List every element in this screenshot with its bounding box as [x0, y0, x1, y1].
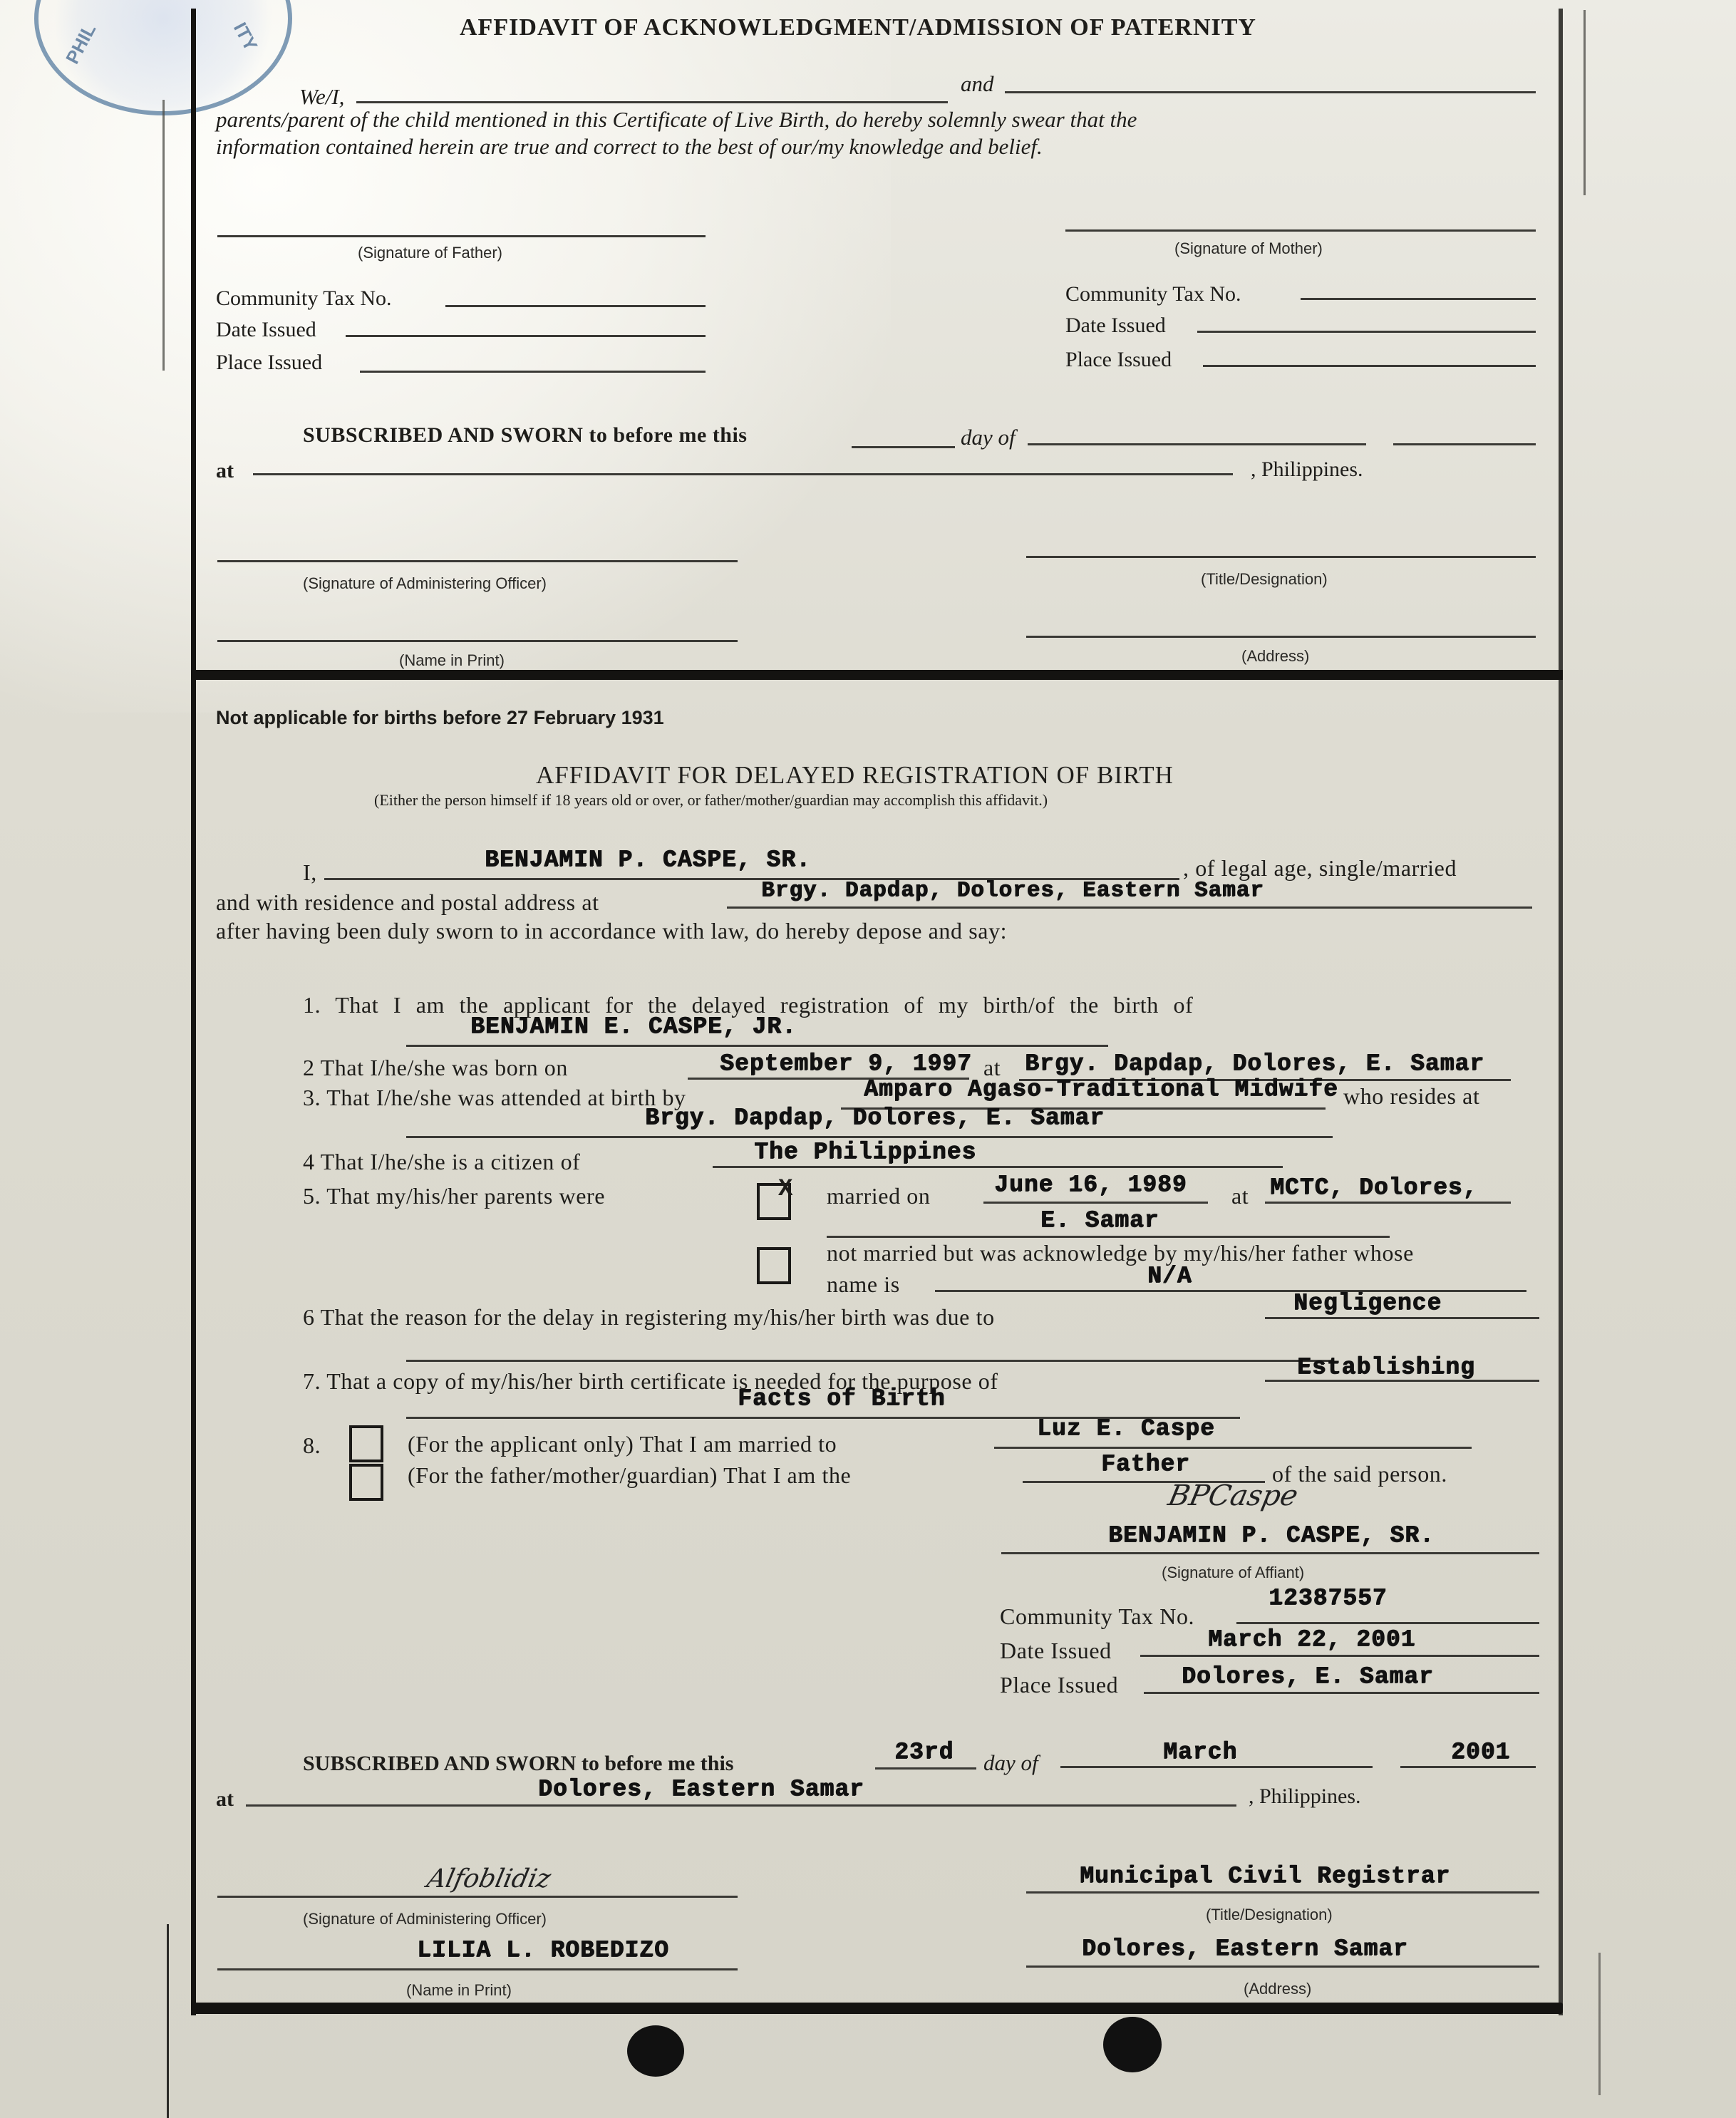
margin-line — [162, 100, 165, 371]
form-bottom-border — [191, 2003, 1563, 2014]
name-in-print-line[interactable] — [217, 640, 738, 642]
item-2-place[interactable]: Brgy. Dapdap, Dolores, E. Samar — [1025, 1050, 1484, 1077]
father-ctc-field[interactable] — [445, 305, 706, 307]
sworn-place-value[interactable]: Dolores, Eastern Samar — [538, 1776, 864, 1802]
item-3-text: 3. That I/he/she was attended at birth b… — [303, 1085, 686, 1111]
item-2-date[interactable]: September 9, 1997 — [720, 1050, 972, 1077]
section-divider — [191, 670, 1563, 680]
guardian-text: (For the father/mother/guardian) That I … — [408, 1462, 851, 1489]
officer-name-label: (Name in Print) — [406, 1981, 512, 2000]
depose-text: after having been duly sworn to in accor… — [216, 918, 1007, 944]
fold-line — [1583, 10, 1586, 195]
affiant-signature-line[interactable] — [1001, 1552, 1539, 1554]
item-3-address[interactable]: Brgy. Dapdap, Dolores, E. Samar — [645, 1105, 1105, 1131]
applicant-married-text: (For the applicant only) That I am marri… — [408, 1431, 837, 1457]
item-4-line — [713, 1166, 1283, 1168]
married-place-line-2 — [827, 1236, 1390, 1238]
and-label: and — [961, 71, 994, 97]
father-signature-line[interactable] — [217, 235, 706, 237]
affiant-date-value[interactable]: March 22, 2001 — [1208, 1626, 1415, 1653]
not-married-label: not married but was acknowledge by my/hi… — [827, 1240, 1414, 1266]
oath-line-2: information contained herein are true an… — [216, 134, 1043, 160]
father-signature-label: (Signature of Father) — [358, 244, 502, 262]
item-3-value[interactable]: Amparo Agaso-Traditional Midwife — [864, 1076, 1338, 1102]
affiant-place-line — [1144, 1692, 1539, 1694]
day-of-label: day of — [961, 425, 1016, 450]
mother-ctc-label: Community Tax No. — [1065, 282, 1241, 306]
sworn-day-line — [875, 1767, 976, 1770]
sworn-philippines-label: , Philippines. — [1249, 1784, 1361, 1809]
title-designation-label: (Title/Designation) — [1201, 570, 1328, 589]
officer-address-label: (Address) — [1244, 1980, 1311, 1998]
page-edge-line — [167, 1924, 169, 2118]
applicability-note: Not applicable for births before 27 Febr… — [216, 707, 664, 729]
sworn-year-field[interactable] — [1393, 443, 1536, 445]
stamp-text-left: PHIL — [61, 20, 100, 68]
officer-title-line — [1026, 1891, 1539, 1894]
affiant-signature: BPCaspe — [1165, 1479, 1301, 1512]
at-label: at — [216, 459, 234, 483]
paternity-title: AFFIDAVIT OF ACKNOWLEDGMENT/ADMISSION OF… — [460, 14, 1256, 41]
affiant-name-value[interactable]: BENJAMIN P. CASPE, SR. — [485, 847, 811, 873]
item-3-address-line — [406, 1136, 1333, 1138]
sworn-month-line — [1060, 1766, 1373, 1768]
mother-ctc-field[interactable] — [1301, 298, 1536, 300]
officer-signature-line-2[interactable] — [217, 1896, 738, 1898]
relation-value[interactable]: Father — [1101, 1451, 1190, 1477]
officer-address-value[interactable]: Dolores, Eastern Samar — [1082, 1936, 1408, 1962]
item-4-value[interactable]: The Philippines — [754, 1139, 976, 1165]
sworn-text: SUBSCRIBED AND SWORN to before me this — [303, 423, 747, 448]
guardian-checkbox[interactable] — [349, 1464, 383, 1501]
officer-signature-line[interactable] — [217, 560, 738, 562]
married-date-line — [983, 1202, 1208, 1204]
philippines-label: , Philippines. — [1251, 458, 1363, 482]
item-7-value-2[interactable]: Facts of Birth — [738, 1385, 945, 1412]
affiant-signature-label: (Signature of Affiant) — [1162, 1564, 1304, 1582]
sworn-day-of-label: day of — [983, 1750, 1038, 1776]
item-7-line — [1265, 1380, 1539, 1382]
residence-value[interactable]: Brgy. Dapdap, Dolores, Eastern Samar — [761, 878, 1264, 903]
affiant-date-label: Date Issued — [1000, 1638, 1112, 1664]
affiant-date-line — [1140, 1655, 1539, 1657]
address-line[interactable] — [1026, 636, 1536, 638]
father-place-field[interactable] — [360, 371, 706, 373]
applicant-married-checkbox[interactable] — [349, 1425, 383, 1462]
i-label: I, — [303, 859, 317, 886]
affiant-place-value[interactable]: Dolores, E. Samar — [1182, 1663, 1434, 1690]
title-designation-line[interactable] — [1026, 556, 1536, 558]
item-1-value[interactable]: BENJAMIN E. CASPE, JR. — [470, 1013, 797, 1040]
officer-name-line — [217, 1968, 738, 1970]
sworn-month-value[interactable]: March — [1163, 1739, 1237, 1765]
father-date-label: Date Issued — [216, 318, 316, 342]
residence-line — [727, 906, 1532, 909]
married-date-value[interactable]: June 16, 1989 — [994, 1172, 1187, 1198]
mother-date-field[interactable] — [1197, 331, 1536, 333]
sworn-year-value[interactable]: 2001 — [1451, 1739, 1510, 1765]
residence-text: and with residence and postal address at — [216, 889, 599, 916]
item-6-text: 6 That the reason for the delay in regis… — [303, 1304, 995, 1331]
officer-address-line — [1026, 1965, 1539, 1968]
officer-name-value[interactable]: LILIA L. ROBEDIZO — [417, 1937, 669, 1963]
affiant-place-label: Place Issued — [1000, 1672, 1118, 1698]
mother-place-field[interactable] — [1203, 365, 1536, 367]
parent1-name-line[interactable] — [356, 101, 948, 103]
item-8-number: 8. — [303, 1432, 321, 1459]
sworn-place-line — [246, 1804, 1236, 1807]
item-5-text: 5. That my/his/her parents were — [303, 1183, 605, 1209]
mother-signature-label: (Signature of Mother) — [1174, 239, 1323, 258]
affiant-ctc-label: Community Tax No. — [1000, 1603, 1194, 1630]
sworn-month-field[interactable] — [1028, 443, 1366, 445]
sworn-day-value[interactable]: 23rd — [894, 1739, 954, 1765]
married-place-1[interactable]: MCTC, Dolores, — [1270, 1174, 1477, 1201]
item-6-line — [1265, 1317, 1539, 1319]
name-in-print-label: (Name in Print) — [399, 651, 505, 670]
item-3-resides: who resides at — [1343, 1083, 1479, 1110]
spouse-name-line — [994, 1447, 1472, 1449]
mother-signature-line[interactable] — [1065, 229, 1536, 232]
spouse-name-value[interactable]: Luz E. Caspe — [1037, 1415, 1215, 1442]
delayed-title: AFFIDAVIT FOR DELAYED REGISTRATION OF BI… — [536, 761, 1174, 790]
fold-line — [1598, 1953, 1601, 2095]
sworn-day-field[interactable] — [852, 446, 955, 448]
address-label: (Address) — [1241, 647, 1309, 666]
we-label: We/I, — [299, 84, 344, 110]
married-on-label: married on — [827, 1183, 931, 1209]
affiant-ctc-line — [1236, 1622, 1539, 1624]
married-place-line-1 — [1265, 1202, 1511, 1204]
item-4-text: 4 That I/he/she is a citizen of — [303, 1149, 580, 1175]
item-6-value[interactable]: Negligence — [1293, 1290, 1442, 1316]
father-date-field[interactable] — [346, 335, 706, 337]
sworn-text-2: SUBSCRIBED AND SWORN to before me this — [303, 1752, 733, 1776]
oath-line-1: parents/parent of the child mentioned in… — [216, 107, 1137, 133]
affiant-printed-name: BENJAMIN P. CASPE, SR. — [1108, 1522, 1435, 1549]
name-is-label: name is — [827, 1271, 900, 1298]
parents-not-married-checkbox[interactable] — [757, 1247, 791, 1284]
check-mark-icon: X — [778, 1176, 792, 1203]
item-6-line-2 — [406, 1360, 1333, 1362]
item-2-text: 2 That I/he/she was born on — [303, 1055, 568, 1081]
officer-signature-label: (Signature of Administering Officer) — [303, 574, 547, 593]
father-name-value[interactable]: N/A — [1147, 1263, 1192, 1289]
officer-signature: Alfoblidiz — [425, 1864, 554, 1894]
mother-date-label: Date Issued — [1065, 314, 1166, 338]
father-ctc-label: Community Tax No. — [216, 286, 392, 311]
punch-hole — [1103, 2017, 1162, 2072]
parent2-name-line[interactable] — [1005, 91, 1536, 93]
punch-hole — [627, 2025, 684, 2077]
sworn-at-label: at — [216, 1787, 234, 1812]
officer-signature-label-2: (Signature of Administering Officer) — [303, 1910, 547, 1928]
officer-title-value[interactable]: Municipal Civil Registrar — [1080, 1863, 1450, 1889]
delayed-subtitle: (Either the person himself if 18 years o… — [374, 791, 1048, 810]
sworn-place-field[interactable] — [253, 473, 1233, 475]
affiant-ctc-value[interactable]: 12387557 — [1269, 1585, 1387, 1611]
item-7-value-1[interactable]: Establishing — [1297, 1354, 1475, 1380]
married-place-2[interactable]: E. Samar — [1040, 1207, 1159, 1234]
married-at-label: at — [1231, 1183, 1249, 1209]
father-place-label: Place Issued — [216, 351, 322, 375]
sworn-year-line — [1400, 1766, 1536, 1768]
officer-title-label: (Title/Designation) — [1206, 1906, 1333, 1924]
item-1-line — [406, 1045, 1108, 1047]
mother-place-label: Place Issued — [1065, 348, 1172, 372]
